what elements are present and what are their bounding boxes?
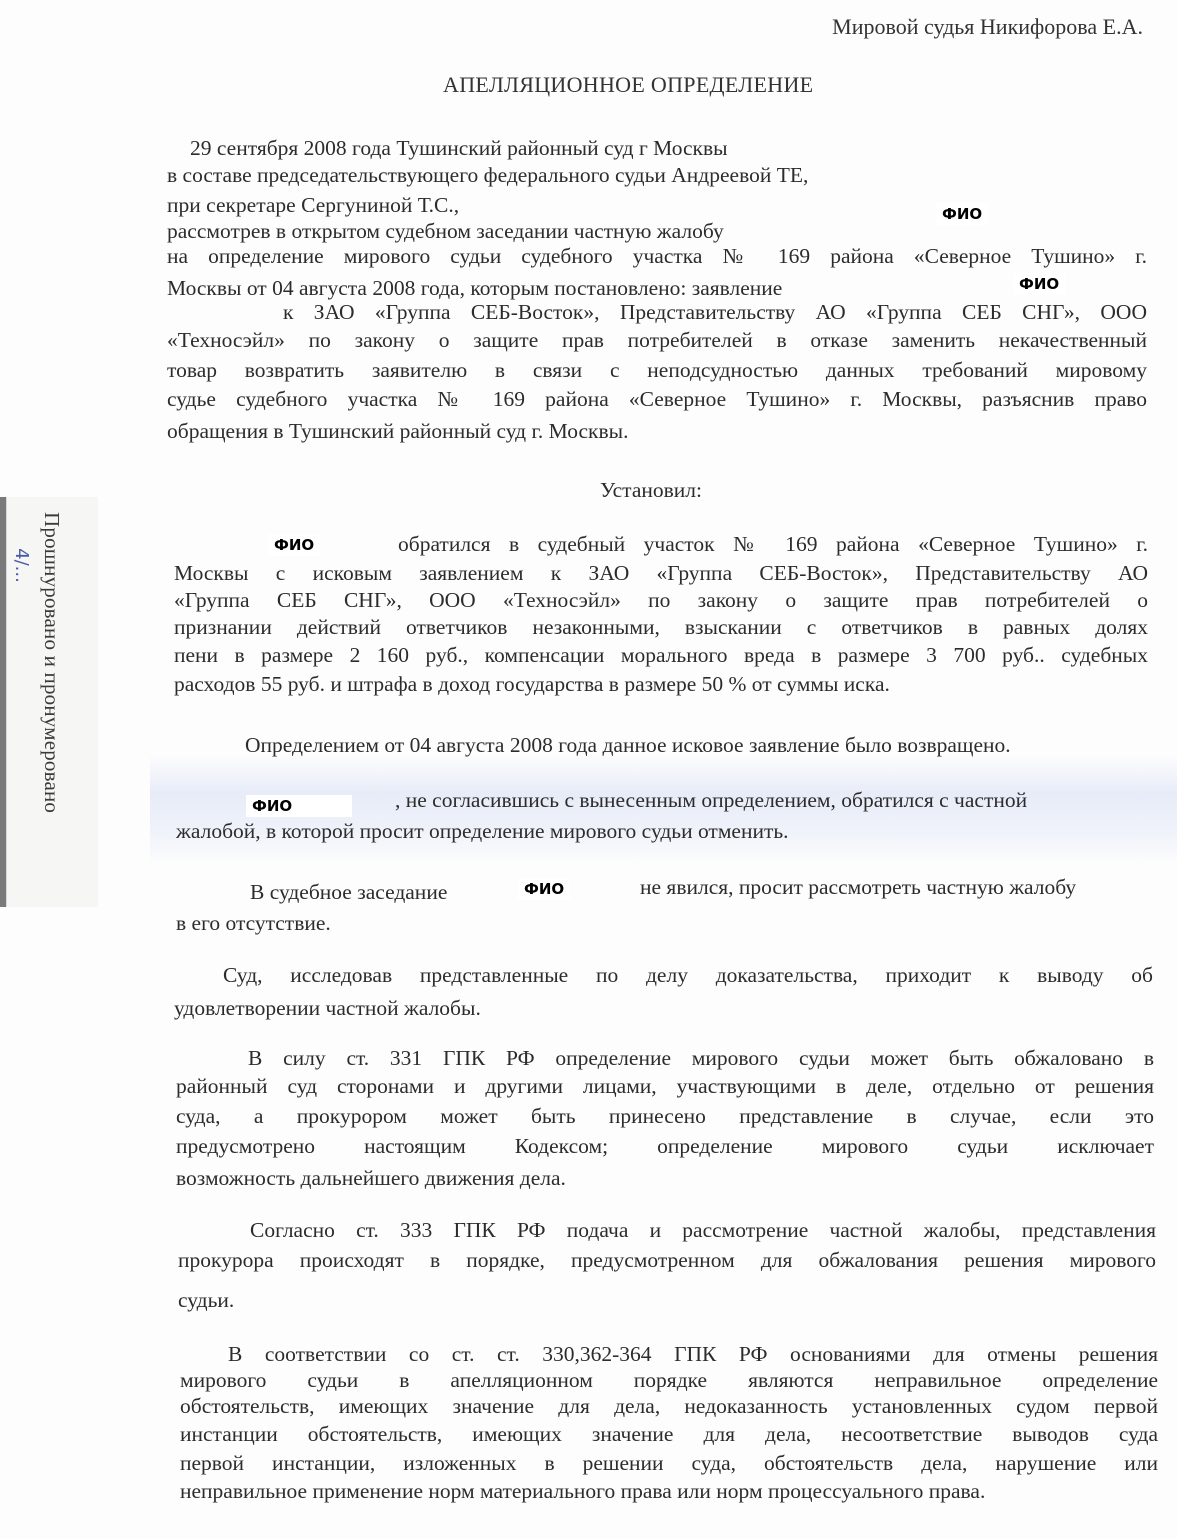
paragraph-line: «Группа СЕБ СНГ», ООО «Техносэйл» по зак… <box>174 588 1148 613</box>
paragraph-line: , не согласившись с вынесенным определен… <box>395 788 1027 813</box>
paragraph-line: признании действий ответчиков незаконным… <box>174 615 1148 640</box>
paragraph-line: не явился, просит рассмотреть частную жа… <box>640 875 1076 900</box>
intro-line: при секретаре Сергуниной Т.С., <box>167 193 459 218</box>
redacted-name: ФИО <box>246 795 352 817</box>
intro-line: обращения в Тушинский районный суд г. Мо… <box>167 419 628 444</box>
paragraph-line: Согласно ст. 333 ГПК РФ подача и рассмот… <box>250 1218 1156 1243</box>
paragraph-line: неправильное применение норм материально… <box>180 1479 985 1504</box>
paragraph-line: возможность дальнейшего движения дела. <box>176 1166 566 1191</box>
paragraph-line: в его отсутствие. <box>176 911 331 936</box>
paragraph-line: прокурора происходят в порядке, предусмо… <box>178 1248 1156 1273</box>
intro-line: судье судебного участка № 169 района «Се… <box>167 387 1147 412</box>
paragraph-line: В силу ст. 331 ГПК РФ определение мирово… <box>248 1046 1154 1071</box>
paragraph-line: Суд, исследовав представленные по делу д… <box>223 963 1153 988</box>
handwritten-note: 4/... <box>11 548 32 583</box>
redacted-name: ФИО <box>518 878 570 900</box>
redacted-name: ФИО <box>936 203 988 225</box>
paragraph-line: мирового судьи в апелляционном порядке я… <box>180 1368 1158 1393</box>
paragraph-line: удовлетворении частной жалобы. <box>174 996 481 1021</box>
paragraph-line: судьи. <box>178 1288 234 1313</box>
redacted-name: ФИО <box>1013 273 1065 295</box>
section-heading-established: Установил: <box>600 478 702 503</box>
document-title: АПЕЛЛЯЦИОННОЕ ОПРЕДЕЛЕНИЕ <box>443 72 813 98</box>
paragraph-line: Москвы с исковым заявлением к ЗАО «Групп… <box>174 561 1148 586</box>
redacted-name: ФИО <box>268 534 320 556</box>
paragraph-line: жалобой, в которой просит определение ми… <box>176 819 789 844</box>
intro-line: 29 сентября 2008 года Тушинский районный… <box>190 136 728 161</box>
paragraph-line: обстоятельств, имеющих значение для дела… <box>180 1394 1158 1419</box>
intro-line: товар возвратить заявителю в связи с неп… <box>167 358 1147 383</box>
intro-line: в составе председательствующего федераль… <box>167 163 808 188</box>
paragraph-line: В соответствии со ст. ст. 330,362-364 ГП… <box>228 1342 1158 1367</box>
intro-line: на определение мирового судьи судебного … <box>167 244 1147 269</box>
paragraph-line: обратился в судебный участок № 169 район… <box>398 532 1148 557</box>
paragraph-line: В судебное заседание <box>250 880 447 905</box>
intro-line: «Техносэйл» по закону о защите прав потр… <box>167 328 1147 353</box>
intro-line: к ЗАО «Группа СЕБ-Восток», Представитель… <box>283 300 1147 325</box>
scanned-document-page: Прошнуровано и пронумеровано 4/... Миров… <box>0 0 1177 1539</box>
paragraph-line: первой инстанции, изложенных в решении с… <box>180 1451 1158 1476</box>
intro-line: Москвы от 04 августа 2008 года, которым … <box>167 276 782 301</box>
paragraph-line: суда, а прокурором может быть принесено … <box>176 1104 1154 1129</box>
judge-header: Мировой судья Никифорова Е.А. <box>832 14 1143 40</box>
intro-line: рассмотрев в открытом судебном заседании… <box>167 219 724 244</box>
paragraph-line: расходов 55 руб. и штрафа в доход госуда… <box>174 672 890 697</box>
paragraph-line: пени в размере 2 160 руб., компенсации м… <box>174 643 1148 668</box>
paragraph-line: районный суд сторонами и другими лицами,… <box>176 1074 1154 1099</box>
paragraph-line: инстанции обстоятельств, имеющих значени… <box>180 1422 1158 1447</box>
paragraph-line: предусмотрено настоящим Кодексом; опреде… <box>176 1134 1154 1159</box>
paragraph-line: Определением от 04 августа 2008 года дан… <box>245 733 1011 758</box>
